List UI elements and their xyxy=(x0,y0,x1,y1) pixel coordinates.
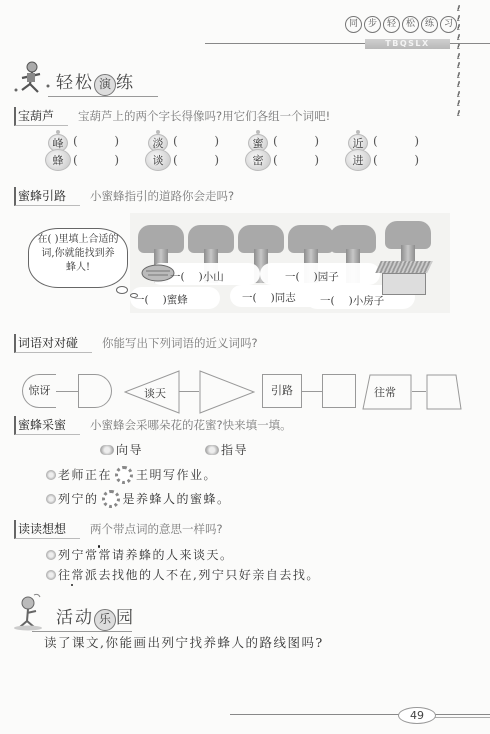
word-shape: 引路 xyxy=(262,374,302,408)
title-char: 松 xyxy=(75,73,94,93)
binding-marks: ℓℓℓℓℓℓℓℓℓℓℓℓ xyxy=(457,4,465,118)
footer-rule xyxy=(230,714,490,715)
gourd-char-bottom: 密 xyxy=(245,149,271,171)
gourd-group: 峰 蜂 () () xyxy=(45,130,145,171)
phrase-fill[interactable]: 一()蜜蜂 xyxy=(134,292,188,307)
synonym-shapes-row: 惊讶 谈天 引路 往常 xyxy=(22,368,462,410)
title-char: 活 xyxy=(56,608,75,628)
bullet-flower-icon xyxy=(46,550,56,560)
heading-underline xyxy=(48,96,158,97)
option-zhidao: 指导 xyxy=(205,441,248,458)
thought-bubble: 在( )里填上合适的词,你就能找到养蜂人! xyxy=(28,228,128,288)
house-icon xyxy=(378,261,426,293)
answer-blank[interactable]: () xyxy=(173,153,219,167)
flower-icon xyxy=(205,445,219,455)
question-tag: 蜜蜂引路 xyxy=(14,187,80,206)
flower-blank[interactable] xyxy=(102,490,120,508)
title-char: 练 xyxy=(116,73,135,93)
gourd-group: 蜜 密 () () xyxy=(245,130,345,171)
section-heading-practice: 轻松演练 xyxy=(10,60,158,97)
question-bee-nectar: 蜜蜂采蜜 小蜜蜂会采哪朵花的花蜜?快来填一填。 xyxy=(14,416,292,435)
question-bee-path: 蜜蜂引路 小蜜蜂指引的道路你会走吗? xyxy=(14,187,234,206)
fill-sentence: 列宁的是养蜂人的蜜蜂。 xyxy=(46,490,231,508)
bullet-flower-icon xyxy=(46,494,56,504)
question-text: 两个带点词的意思一样吗? xyxy=(90,521,223,537)
section-heading-activity: 活动乐园 xyxy=(12,593,135,632)
series-char: 练 xyxy=(421,16,438,33)
series-char: 轻 xyxy=(383,16,400,33)
thought-bubble-tail xyxy=(116,286,128,294)
gourd-icon: 蜜 密 xyxy=(245,130,271,171)
phrase-fill[interactable]: 一()园子 xyxy=(285,269,339,284)
question-read-think: 读读想想 两个带点词的意思一样吗? xyxy=(14,520,223,539)
word-text: 谈天 xyxy=(144,385,166,401)
title-char: 轻 xyxy=(56,73,75,93)
forest-path-illustration: 一()小山 一()园子 一()蜜蜂 一()同志 一()小房子 xyxy=(130,213,450,313)
series-char: 步 xyxy=(364,16,381,33)
running-kid-icon xyxy=(10,60,52,96)
thought-bubble-tail xyxy=(130,293,138,298)
gourd-group: 近 进 () () xyxy=(345,130,445,171)
series-title: 同 步 轻 松 练 习 xyxy=(345,16,457,33)
question-tag: 宝葫芦 xyxy=(14,107,68,126)
read-sentence: 列宁常常请养蜂的人来谈天。 xyxy=(46,546,234,563)
question-text: 你能写出下列词语的近义词吗? xyxy=(102,335,258,351)
answer-blank[interactable]: () xyxy=(373,134,419,148)
question-text: 宝葫芦上的两个字长得像吗?用它们各组一个词吧! xyxy=(78,108,330,124)
connector-line xyxy=(412,391,426,392)
phrase-fill[interactable]: 一()小山 xyxy=(170,269,224,284)
fill-sentence: 老师正在王明写作业。 xyxy=(46,466,217,484)
question-tag: 蜜蜂采蜜 xyxy=(14,416,80,435)
answer-shape[interactable] xyxy=(322,374,356,408)
question-text: 小蜜蜂会采哪朵花的花蜜?快来填一填。 xyxy=(90,417,292,433)
flower-icon xyxy=(100,445,114,455)
gourd-icon: 近 进 xyxy=(345,130,371,171)
answer-shape[interactable] xyxy=(78,374,112,408)
answer-blank[interactable]: () xyxy=(373,153,419,167)
gourd-icon: 峰 蜂 xyxy=(45,130,71,171)
connector-line xyxy=(302,391,322,392)
series-char: 松 xyxy=(402,16,419,33)
title-char: 园 xyxy=(116,608,135,628)
gourd-char-bottom: 谈 xyxy=(145,149,171,171)
read-sentence: 往常派去找他的人不在,列宁只好亲自去找。 xyxy=(46,566,320,583)
series-char: 习 xyxy=(440,16,457,33)
cartoon-figure-icon xyxy=(12,593,48,631)
answer-blank[interactable]: () xyxy=(173,134,219,148)
title-char: 动 xyxy=(75,608,94,628)
word-shape: 惊讶 xyxy=(22,374,56,408)
series-char: 同 xyxy=(345,16,362,33)
answer-blank[interactable]: () xyxy=(273,134,319,148)
phrase-fill[interactable]: 一()小房子 xyxy=(320,293,384,308)
flower-blank[interactable] xyxy=(115,466,133,484)
page-number: 49 xyxy=(398,707,436,724)
phrase-fill[interactable]: 一()同志 xyxy=(242,290,296,305)
question-text: 小蜜蜂指引的道路你会走吗? xyxy=(90,188,234,204)
bullet-flower-icon xyxy=(46,470,56,480)
gourd-icon: 淡 谈 xyxy=(145,130,171,171)
question-tag: 读读想想 xyxy=(14,520,80,539)
trapezoid-answer[interactable] xyxy=(426,374,462,410)
question-tag: 词语对对碰 xyxy=(14,334,92,353)
right-triangle-answer[interactable] xyxy=(199,370,255,414)
gourd-char-bottom: 进 xyxy=(345,149,371,171)
answer-blank[interactable]: () xyxy=(73,134,119,148)
title-char-circled: 演 xyxy=(94,74,116,96)
title-char-circled: 乐 xyxy=(94,609,116,631)
dotted-word: 往常 xyxy=(58,568,85,582)
question-baohulu: 宝葫芦 宝葫芦上的两个字长得像吗?用它们各组一个词吧! xyxy=(14,107,330,126)
gourd-row: 峰 蜂 () () 淡 谈 () () 蜜 密 () () xyxy=(45,130,445,171)
dotted-word: 常常 xyxy=(85,548,112,562)
answer-blank[interactable]: () xyxy=(73,153,119,167)
header-band: TBQSLX xyxy=(365,39,450,49)
option-xiangdao: 向导 xyxy=(100,441,143,458)
connector-line xyxy=(56,391,78,392)
bullet-flower-icon xyxy=(46,570,56,580)
gourd-group: 淡 谈 () () xyxy=(145,130,245,171)
word-text: 往常 xyxy=(374,384,396,400)
heading-underline xyxy=(32,631,132,632)
question-synonyms: 词语对对碰 你能写出下列词语的近义词吗? xyxy=(14,334,258,353)
activity-prompt: 读了课文,你能画出列宁找养蜂人的路线图吗? xyxy=(44,633,324,651)
answer-blank[interactable]: () xyxy=(273,153,319,167)
connector-line xyxy=(179,391,199,392)
gourd-char-bottom: 蜂 xyxy=(45,149,71,171)
